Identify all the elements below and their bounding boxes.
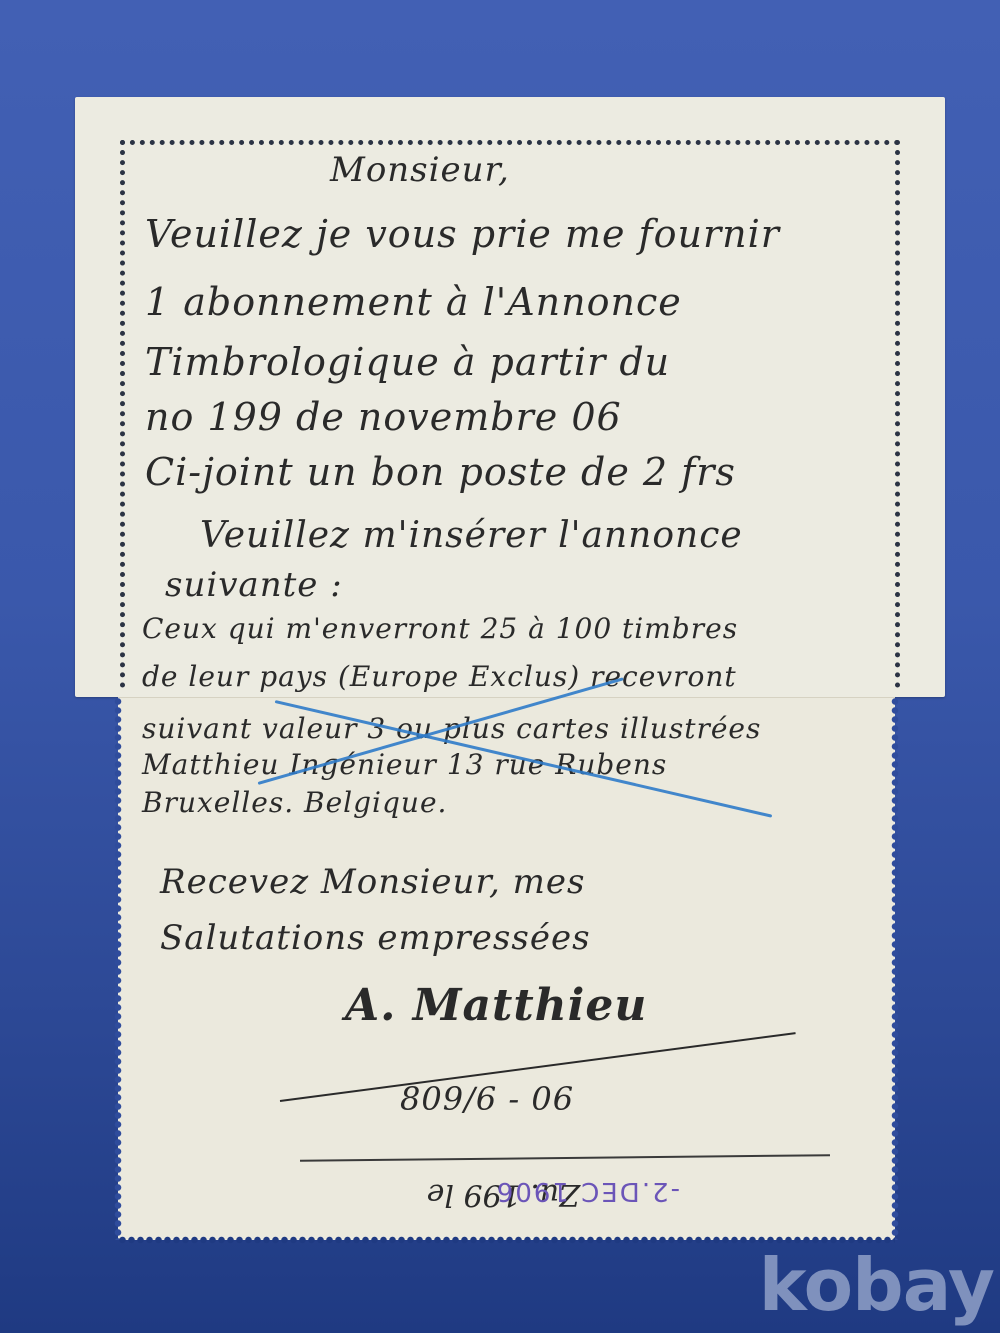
body-line: no 199 de novembre 06 [145, 395, 622, 439]
rotated-stamp-strip: Zu. 199 le -2.DEC 1906 [300, 1150, 850, 1220]
body-line: Matthieu Ingénieur 13 rue Rubens [142, 748, 667, 781]
body-line: suivante : [165, 565, 343, 605]
reference-number: 809/6 - 06 [400, 1080, 574, 1118]
body-line: Bruxelles. Belgique. [142, 786, 447, 819]
closing-line: Salutations empressées [160, 918, 591, 958]
date-stamp: -2.DEC 1906 [495, 1176, 680, 1206]
perforated-edge-left [114, 697, 122, 1240]
body-line: Ceux qui m'enverront 25 à 100 timbres [142, 612, 738, 645]
signature: A. Matthieu [345, 980, 647, 1031]
body-line: 1 abonnement à l'Annonce [145, 280, 682, 324]
body-line: de leur pays (Europe Exclus) recevront [142, 660, 737, 693]
body-line: Timbrologique à partir du [145, 340, 670, 384]
perforated-edge-right [891, 697, 899, 1240]
body-line: Veuillez m'insérer l'annonce [200, 515, 743, 556]
closing-line: Recevez Monsieur, mes [160, 862, 585, 902]
body-line: Veuillez je vous prie me fournir [145, 212, 780, 256]
kobay-watermark: kobay [759, 1243, 994, 1327]
salutation: Monsieur, [330, 150, 510, 190]
fold-line [118, 697, 895, 698]
body-line: Ci-joint un bon poste de 2 frs [145, 450, 736, 494]
